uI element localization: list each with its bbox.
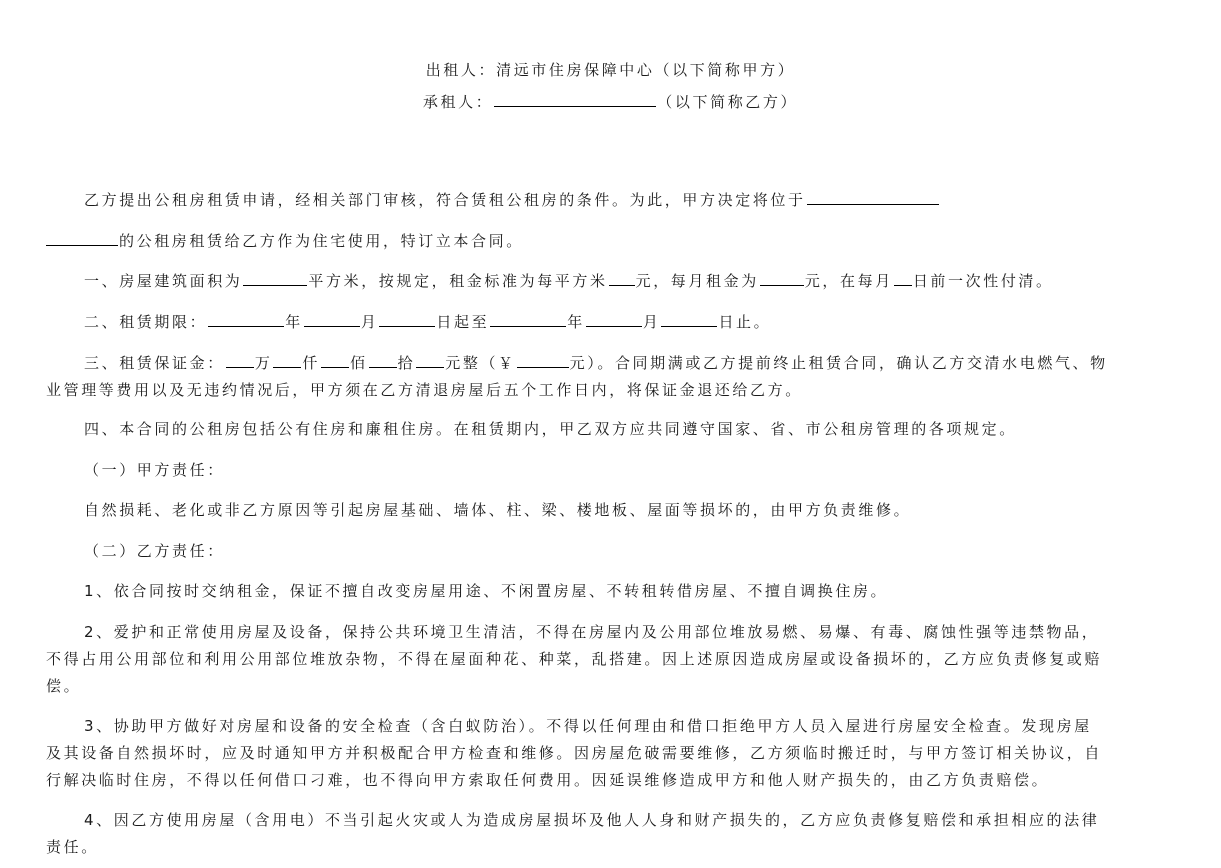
lessee-suffix: （以下简称乙方）: [657, 93, 798, 111]
deposit-amount-blank[interactable]: [517, 353, 569, 368]
item-4-text: 责任。: [46, 838, 99, 856]
clause-1: 一、房屋建筑面积为平方米，按规定，租金标准为每平方米元，每月租金为元，在每月日前…: [84, 271, 1054, 291]
clause-3-text: 元）。合同期满或乙方提前终止租赁合同，确认乙方交清水电燃气、物: [570, 354, 1108, 372]
lessor-line: 出租人：清远市住房保障中心（以下简称甲方）: [0, 60, 1221, 80]
party-a-heading: （一）甲方责任：: [84, 460, 225, 480]
year-label: 年: [285, 313, 303, 331]
party-b-item-2-line-3: 偿。: [46, 676, 81, 696]
party-b-item-3-line-3: 行解决临时住房，不得以任何借口刁难，也不得向甲方索取任何费用。因延误维修造成甲方…: [46, 770, 1049, 790]
lessee-name-blank[interactable]: [494, 92, 656, 107]
unit-label: 万: [255, 354, 273, 372]
month-label: 月: [643, 313, 661, 331]
unit-label: 元整（￥: [445, 354, 515, 372]
location-blank-2[interactable]: [46, 231, 118, 246]
clause-4-text: 四、本合同的公租房包括公有住房和廉租住房。在租赁期内，甲乙双方应共同遵守国家、省…: [84, 420, 1017, 438]
intro-text-1: 乙方提出公租房租赁申请，经相关部门审核，符合赁租公租房的条件。为此，甲方决定将位…: [84, 191, 806, 209]
party-b-heading-text: （二）乙方责任：: [84, 542, 225, 560]
party-a-responsibility: 自然损耗、老化或非乙方原因等引起房屋基础、墙体、柱、梁、楼地板、屋面等损坏的，由…: [84, 501, 911, 519]
clause-1-text: 平方米，按规定，租金标准为每平方米: [308, 272, 607, 290]
deposit-shi-blank[interactable]: [369, 353, 397, 368]
monthly-rent-blank[interactable]: [760, 271, 804, 286]
day-to-label: 日止。: [718, 313, 771, 331]
deposit-yuan-blank[interactable]: [416, 353, 444, 368]
item-3-text: 行解决临时住房，不得以任何借口刁难，也不得向甲方索取任何费用。因延误维修造成甲方…: [46, 771, 1049, 789]
party-a-text: 自然损耗、老化或非乙方原因等引起房屋基础、墙体、柱、梁、楼地板、屋面等损坏的，由…: [84, 500, 911, 520]
party-b-item-3-line-2: 及其设备自然损坏时，应及时通知甲方并积极配合甲方检查和维修。因房屋危破需要维修，…: [46, 743, 1102, 763]
party-b-item-2-line-1: 2、爱护和正常使用房屋及设备，保持公共环境卫生清洁，不得在房屋内及公用部位堆放易…: [84, 622, 1099, 642]
lessor-label: 出租人：: [426, 61, 496, 79]
item-3-text: 及其设备自然损坏时，应及时通知甲方并积极配合甲方检查和维修。因房屋危破需要维修，…: [46, 744, 1102, 762]
clause-3-line-2: 业管理等费用以及无违约情况后，甲方须在乙方清退房屋后五个工作日内，将保证金退还给…: [46, 380, 803, 400]
start-day-blank[interactable]: [379, 312, 435, 327]
lessee-line: 承租人：（以下简称乙方）: [0, 92, 1221, 112]
lessor-value: 清远市住房保障中心（以下简称甲方）: [496, 61, 795, 79]
location-blank[interactable]: [807, 190, 939, 205]
item-2-text: 偿。: [46, 677, 81, 695]
year-label: 年: [567, 313, 585, 331]
party-b-item-3-line-1: 3、协助甲方做好对房屋和设备的安全检查（含白蚁防治）。不得以任何理由和借口拒绝甲…: [84, 716, 1092, 736]
clause-1-text: 日前一次性付清。: [913, 272, 1054, 290]
party-b-item-4-line-1: 4、因乙方使用房屋（含用电）不当引起火灾或人为造成房屋损坏及他人人身和财产损失的…: [84, 810, 1099, 830]
start-year-blank[interactable]: [208, 312, 284, 327]
end-day-blank[interactable]: [661, 312, 717, 327]
end-year-blank[interactable]: [490, 312, 566, 327]
pay-day-blank[interactable]: [894, 271, 912, 286]
intro-text-2: 的公租房租赁给乙方作为住宅使用，特订立本合同。: [119, 232, 524, 250]
clause-1-text: 元，在每月: [805, 272, 893, 290]
item-1-text: 1、依合同按时交纳租金，保证不擅自改变房屋用途、不闲置房屋、不转租转借房屋、不擅…: [84, 582, 888, 600]
party-b-item-2-line-2: 不得占用公用部位和利用公用部位堆放杂物，不得在屋面种花、种菜，乱搭建。因上述原因…: [46, 649, 1102, 669]
contract-page: 出租人：清远市住房保障中心（以下简称甲方） 承租人：（以下简称乙方） 乙方提出公…: [0, 0, 1221, 868]
clause-2-label: 二、租赁期限：: [84, 313, 207, 331]
start-month-blank[interactable]: [304, 312, 360, 327]
intro-line-2: 的公租房租赁给乙方作为住宅使用，特订立本合同。: [46, 231, 524, 251]
unit-label: 拾: [398, 354, 416, 372]
deposit-wan-blank[interactable]: [226, 353, 254, 368]
item-2-text: 2、爱护和正常使用房屋及设备，保持公共环境卫生清洁，不得在房屋内及公用部位堆放易…: [84, 623, 1099, 641]
clause-3-label: 三、租赁保证金：: [84, 354, 225, 372]
clause-1-text: 一、房屋建筑面积为: [84, 272, 242, 290]
party-a-heading-text: （一）甲方责任：: [84, 461, 225, 479]
month-label: 月: [361, 313, 379, 331]
deposit-qian-blank[interactable]: [273, 353, 301, 368]
intro-line-1: 乙方提出公租房租赁申请，经相关部门审核，符合赁租公租房的条件。为此，甲方决定将位…: [84, 190, 940, 210]
party-b-item-1: 1、依合同按时交纳租金，保证不擅自改变房屋用途、不闲置房屋、不转租转借房屋、不擅…: [84, 581, 888, 601]
clause-1-text: 元，每月租金为: [636, 272, 759, 290]
clause-3-text-2: 业管理等费用以及无违约情况后，甲方须在乙方清退房屋后五个工作日内，将保证金退还给…: [46, 381, 803, 399]
item-2-text: 不得占用公用部位和利用公用部位堆放杂物，不得在屋面种花、种菜，乱搭建。因上述原因…: [46, 650, 1102, 668]
area-blank[interactable]: [243, 271, 307, 286]
unit-label: 佰: [350, 354, 368, 372]
rent-rate-blank[interactable]: [609, 271, 635, 286]
party-b-heading: （二）乙方责任：: [84, 541, 225, 561]
item-4-text: 4、因乙方使用房屋（含用电）不当引起火灾或人为造成房屋损坏及他人人身和财产损失的…: [84, 811, 1099, 829]
day-from-label: 日起至: [436, 313, 489, 331]
party-b-item-4-line-2: 责任。: [46, 837, 99, 857]
unit-label: 仟: [302, 354, 320, 372]
item-3-text: 3、协助甲方做好对房屋和设备的安全检查（含白蚁防治）。不得以任何理由和借口拒绝甲…: [84, 717, 1092, 735]
clause-2: 二、租赁期限：年月日起至年月日止。: [84, 312, 771, 332]
clause-3-line-1: 三、租赁保证金：万仟佰拾元整（￥元）。合同期满或乙方提前终止租赁合同，确认乙方交…: [84, 353, 1108, 373]
lessee-label: 承租人：: [423, 93, 493, 111]
deposit-bai-blank[interactable]: [321, 353, 349, 368]
clause-4: 四、本合同的公租房包括公有住房和廉租住房。在租赁期内，甲乙双方应共同遵守国家、省…: [84, 419, 1017, 439]
end-month-blank[interactable]: [586, 312, 642, 327]
